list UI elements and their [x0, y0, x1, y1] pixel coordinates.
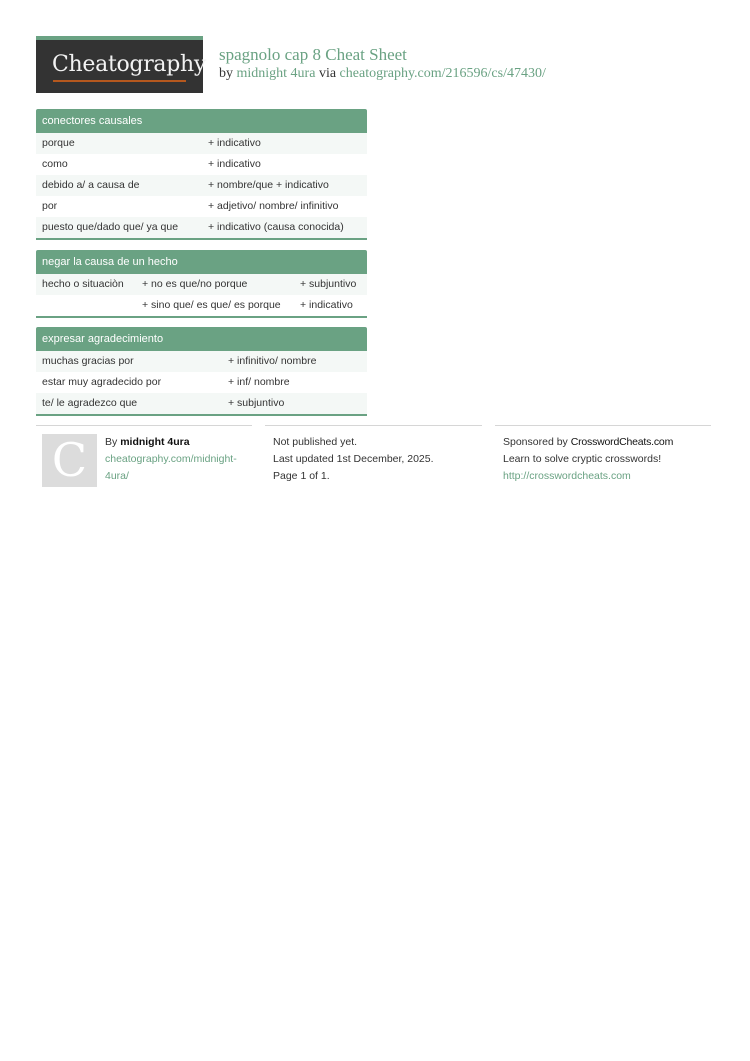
by-prefix: By — [105, 436, 117, 448]
footer-sponsor: Sponsored by CrosswordCheats.com Learn t… — [495, 425, 711, 495]
logo-text: Cheatography — [52, 52, 206, 77]
term-cell: puesto que/dado que/ ya que — [36, 217, 202, 238]
usage-cell: + nombre/que + indicativo — [202, 175, 329, 196]
section-negar-la-causa: negar la causa de un hecho hecho o situa… — [36, 250, 367, 318]
author-profile-link[interactable]: cheatography.com/midnight- — [105, 451, 237, 468]
sponsor-line: Sponsored by CrosswordCheats.com — [503, 434, 673, 451]
sponsor-tagline: Learn to solve cryptic crosswords! — [503, 451, 661, 468]
section-conectores-causales: conectores causales porque + indicativo … — [36, 109, 367, 240]
page-count: Page 1 of 1. — [273, 468, 330, 485]
author-link[interactable]: midnight 4ura — [237, 66, 316, 81]
term-cell: como — [36, 154, 202, 175]
table-row: porque + indicativo — [36, 133, 367, 154]
footer-status: Not published yet. Last updated 1st Dece… — [265, 425, 482, 495]
table-row: por + adjetivo/ nombre/ infinitivo — [36, 196, 367, 217]
connector-cell: + no es que/no porque — [136, 274, 294, 295]
table-row: debido a/ a causa de + nombre/que + indi… — [36, 175, 367, 196]
mood-cell: + subjuntivo — [294, 274, 356, 295]
sponsor-name: CrosswordCheats.com — [571, 436, 673, 448]
sponsor-link[interactable]: http://crosswordcheats.com — [503, 468, 631, 485]
avatar: C — [42, 434, 97, 487]
cheatography-logo[interactable]: Cheatography — [36, 36, 203, 93]
section-expresar-agradecimiento: expresar agradecimiento muchas gracias p… — [36, 327, 367, 416]
connector-cell: + sino que/ es que/ es porque — [136, 295, 294, 316]
table-row: muchas gracias por + infinitivo/ nombre — [36, 351, 367, 372]
author-profile-link-cont[interactable]: 4ura/ — [105, 468, 129, 485]
table-row: estar muy agradecido por + inf/ nombre — [36, 372, 367, 393]
usage-cell: + infinitivo/ nombre — [222, 351, 316, 372]
table-row: te/ le agradezco que + subjuntivo — [36, 393, 367, 414]
usage-cell: + adjetivo/ nombre/ infinitivo — [202, 196, 338, 217]
term-cell — [36, 295, 136, 316]
table-row: como + indicativo — [36, 154, 367, 175]
published-status: Not published yet. — [273, 434, 357, 451]
usage-cell: + indicativo (causa conocida) — [202, 217, 344, 238]
logo-underline — [53, 80, 186, 82]
section-title: expresar agradecimiento — [36, 327, 367, 351]
term-cell: por — [36, 196, 202, 217]
term-cell: porque — [36, 133, 202, 154]
sponsor-prefix: Sponsored by — [503, 436, 568, 448]
usage-cell: + indicativo — [202, 133, 261, 154]
page-title: spagnolo cap 8 Cheat Sheet — [219, 45, 407, 65]
author-byline: By midnight 4ura — [105, 434, 190, 451]
footer-author: C By midnight 4ura cheatography.com/midn… — [36, 425, 252, 495]
term-cell: estar muy agradecido por — [36, 372, 222, 393]
mood-cell: + indicativo — [294, 295, 353, 316]
sheet-url-link[interactable]: cheatography.com/216596/cs/47430/ — [340, 66, 546, 81]
usage-cell: + inf/ nombre — [222, 372, 290, 393]
term-cell: debido a/ a causa de — [36, 175, 202, 196]
last-updated: Last updated 1st December, 2025. — [273, 451, 434, 468]
table-row: + sino que/ es que/ es porque + indicati… — [36, 295, 367, 316]
via-label: via — [319, 66, 336, 81]
term-cell: hecho o situaciòn — [36, 274, 136, 295]
usage-cell: + subjuntivo — [222, 393, 284, 414]
by-prefix: by — [219, 66, 233, 81]
section-title: negar la causa de un hecho — [36, 250, 367, 274]
section-title: conectores causales — [36, 109, 367, 133]
usage-cell: + indicativo — [202, 154, 261, 175]
author-name: midnight 4ura — [120, 436, 189, 448]
term-cell: te/ le agradezco que — [36, 393, 222, 414]
byline: by midnight 4ura via cheatography.com/21… — [219, 66, 546, 82]
table-row: puesto que/dado que/ ya que + indicativo… — [36, 217, 367, 238]
table-row: hecho o situaciòn + no es que/no porque … — [36, 274, 367, 295]
term-cell: muchas gracias por — [36, 351, 222, 372]
